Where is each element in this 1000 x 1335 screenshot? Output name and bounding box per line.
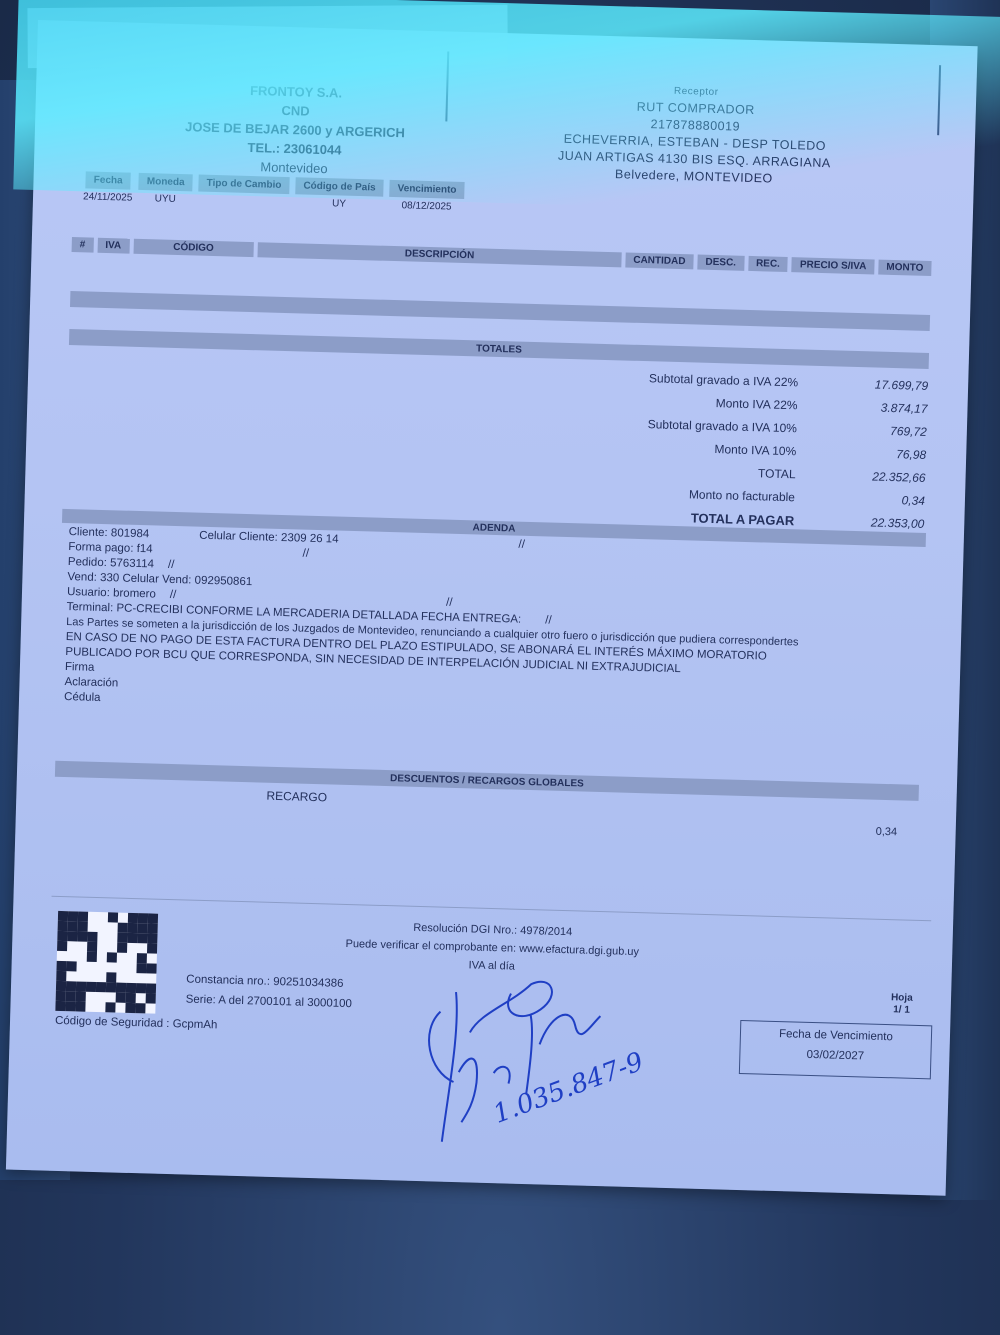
col-desc: DESC. bbox=[697, 254, 744, 270]
folded-page-edge bbox=[27, 5, 507, 68]
adenda-cliente: Cliente: 801984 bbox=[69, 526, 150, 540]
invoice-paper: FRONTOY S.A. CND JOSE DE BEJAR 2600 y AR… bbox=[6, 20, 978, 1196]
totals-block: Subtotal gravado a IVA 22%17.699,79 Mont… bbox=[544, 364, 928, 536]
col-descripcion: DESCRIPCIÓN bbox=[258, 242, 622, 267]
emisor-block: FRONTOY S.A. CND JOSE DE BEJAR 2600 y AR… bbox=[124, 77, 467, 181]
col-precio: PRECIO S/IVA bbox=[792, 257, 875, 274]
line-items-header: # IVA CÓDIGO DESCRIPCIÓN CANTIDAD DESC. … bbox=[72, 236, 932, 276]
handwritten-id: 1.035.847-9 bbox=[489, 1047, 647, 1130]
field-moneda: MonedaUYU bbox=[138, 173, 193, 205]
hoja-block: Hoja 1/ 1 bbox=[891, 992, 913, 1017]
field-tipo-cambio: Tipo de Cambio bbox=[198, 175, 290, 209]
handwritten-signature: 1.035.847-9 bbox=[397, 951, 682, 1159]
constancia-block: Constancia nro.: 90251034386 Serie: A de… bbox=[185, 970, 352, 1015]
receptor-block: Receptor RUT COMPRADOR 217878880019 ECHE… bbox=[454, 77, 937, 192]
signature-icon: 1.035.847-9 bbox=[397, 951, 682, 1159]
fecha-vencimiento-value: 03/02/2027 bbox=[740, 1043, 930, 1068]
descuentos-header: DESCUENTOS / RECARGOS GLOBALES bbox=[55, 761, 919, 801]
field-fecha: Fecha24/11/2025 bbox=[83, 171, 133, 203]
field-vencimiento: Vencimiento08/12/2025 bbox=[389, 180, 465, 213]
adenda-block: Cliente: 801984Celular Cliente: 2309 26 … bbox=[64, 525, 949, 730]
col-rec: REC. bbox=[748, 255, 788, 271]
adenda-celular-cliente: Celular Cliente: 2309 26 14 bbox=[199, 530, 339, 546]
qr-code bbox=[55, 911, 158, 1014]
line-items-empty-band bbox=[70, 291, 930, 331]
recargo-label: RECARGO bbox=[266, 789, 327, 805]
totales-header: TOTALES bbox=[69, 329, 929, 369]
serie: Serie: A del 2700101 al 3000100 bbox=[185, 990, 352, 1015]
col-cantidad: CANTIDAD bbox=[625, 252, 694, 269]
col-iva: IVA bbox=[97, 237, 129, 253]
col-monto: MONTO bbox=[878, 259, 931, 275]
adenda-pedido: Pedido: 5763114 bbox=[68, 556, 154, 570]
field-codigo-pais: Código de PaísUY bbox=[295, 177, 384, 210]
adenda-usuario: Usuario: bromero bbox=[67, 586, 156, 600]
codigo-seguridad: Código de Seguridad : GcpmAh bbox=[55, 1015, 218, 1032]
footer-divider bbox=[52, 896, 932, 922]
recargo-value: 0,34 bbox=[875, 826, 897, 839]
fecha-vencimiento-box: Fecha de Vencimiento 03/02/2027 bbox=[739, 1020, 932, 1079]
col-num: # bbox=[72, 237, 94, 253]
adenda-forma-pago: Forma pago: f14 bbox=[68, 541, 153, 555]
col-codigo: CÓDIGO bbox=[133, 238, 254, 256]
